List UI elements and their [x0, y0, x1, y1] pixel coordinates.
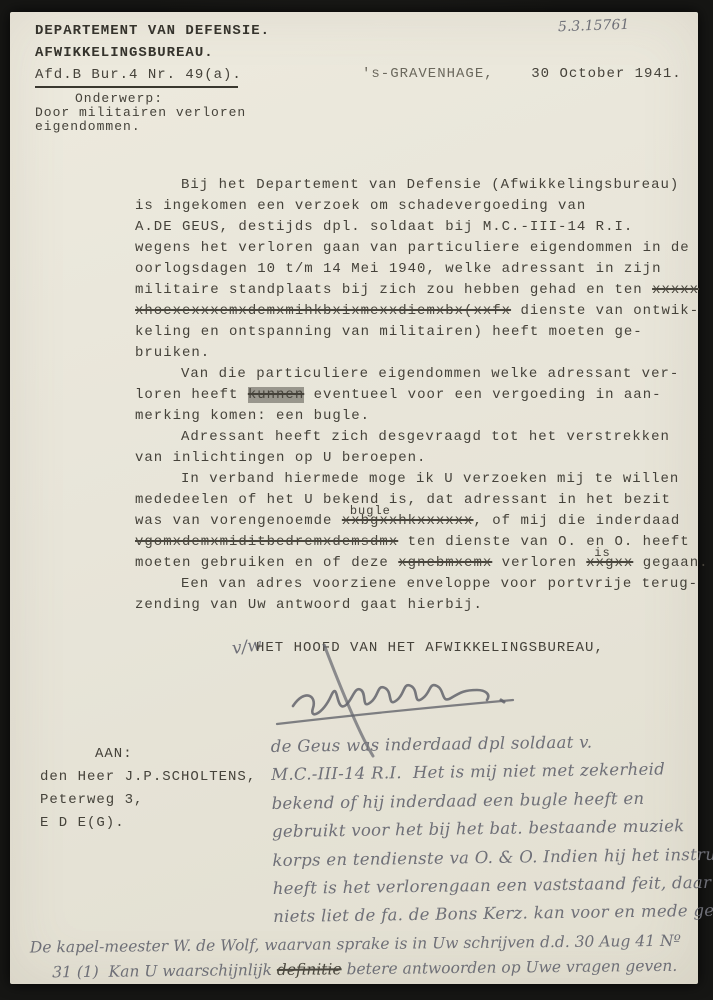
photo-background: 5.3.15761 DEPARTEMENT VAN DEFENSIE. AFWI…: [0, 0, 713, 1000]
dateline-date: 30 October 1941.: [531, 66, 681, 82]
pencil-reference-number: 5.3.15761: [558, 17, 630, 35]
bureau-name: AFWIKKELINGSBUREAU.: [35, 42, 270, 64]
handwritten-bottom-note: De kapel-meester W. de Wolf, waarvan spr…: [30, 928, 710, 985]
recipient-address: den Heer J.P.SCHOLTENS,Peterweg 3,E D E(…: [40, 766, 256, 835]
typed-line: moeten gebruiken en of deze xgnebmxemx v…: [135, 553, 700, 574]
typed-line: is ingekomen een verzoek om schadevergoe…: [135, 196, 700, 217]
typed-line: was van vorengenoemde xxbgxxhkxxxxxxbugl…: [135, 511, 700, 532]
typed-line: A.DE GEUS, destijds dpl. soldaat bij M.C…: [135, 217, 700, 238]
dateline-place: 's-GRAVENHAGE,: [362, 66, 494, 82]
document-page: 5.3.15761 DEPARTEMENT VAN DEFENSIE. AFWI…: [10, 12, 698, 984]
typed-line: oorlogsdagen 10 t/m 14 Mei 1940, welke a…: [135, 259, 700, 280]
recipient-line: Peterweg 3,: [40, 789, 256, 812]
struck-text: xxxxx: [652, 282, 699, 298]
typed-line: militaire standplaats bij zich zou hebbe…: [135, 280, 700, 301]
typed-line: merking komen: een bugle.: [135, 406, 700, 427]
typed-line: Van die particuliere eigendommen welke a…: [135, 364, 700, 385]
struck-text: definitie: [277, 960, 342, 979]
recipient-line: E D E(G).: [40, 812, 256, 835]
struck-text: xgnebmxemx: [398, 555, 492, 571]
handwritten-side-note: de Geus was inderdaad dpl soldaat v.M.C.…: [271, 727, 704, 932]
typed-line: wegens het verloren gaan van particulier…: [135, 238, 700, 259]
struck-text: xxgxxis: [586, 555, 633, 571]
struck-text: xxbgxxhkxxxxxxbugle: [342, 513, 474, 529]
typed-line: bruiken.: [135, 343, 700, 364]
subject-line-2: eigendommen.: [35, 120, 246, 134]
typed-line: vgomxdemxmiditbedremxdemsdmx ten dienste…: [135, 532, 700, 553]
typed-line: mededeelen of het U bekend is, dat adres…: [135, 490, 700, 511]
recipient-line: den Heer J.P.SCHOLTENS,: [40, 766, 256, 789]
struck-text: vgomxdemxmiditbedremxdemsdmx: [135, 534, 398, 550]
typed-line: Bij het Departement van Defensie (Afwikk…: [135, 175, 700, 196]
handwritten-line: niets liet de fa. de Bons Kerz. kan voor…: [273, 897, 703, 931]
typed-line: loren heeft kunnen eventueel voor een ve…: [135, 385, 700, 406]
typed-line: keling en ontspanning van militairen) he…: [135, 322, 700, 343]
struck-text: kunnen: [248, 387, 304, 403]
letter-body: Bij het Departement van Defensie (Afwikk…: [135, 175, 700, 616]
subject-line-1: Door militairen verloren: [35, 106, 246, 120]
typed-line: zending van Uw antwoord gaat hierbij.: [135, 595, 700, 616]
recipient-block: AAN: den Heer J.P.SCHOLTENS,Peterweg 3,E…: [40, 743, 256, 835]
dateline: 's-GRAVENHAGE, 30 October 1941.: [362, 64, 682, 85]
dateline-spacer: [494, 66, 532, 82]
file-number: Afd.B Bur.4 Nr. 49(a).: [35, 64, 270, 86]
department-name: DEPARTEMENT VAN DEFENSIE.: [35, 20, 270, 42]
subject-label: Onderwerp:: [35, 92, 246, 106]
header-rule: [35, 86, 238, 88]
typed-line: In verband hiermede moge ik U verzoeken …: [135, 469, 700, 490]
typed-insertion-above: is: [594, 543, 610, 564]
typed-line: Adressant heeft zich desgevraagd tot het…: [135, 427, 700, 448]
typed-line: van inlichtingen op U beroepen.: [135, 448, 700, 469]
subject-block: Onderwerp: Door militairen verloren eige…: [35, 92, 246, 134]
typed-insertion-above: bugle: [350, 501, 391, 522]
letterhead: DEPARTEMENT VAN DEFENSIE. AFWIKKELINGSBU…: [35, 20, 270, 86]
struck-text: xhoexexxxemxdemxmihkbxixmexxdiemxbx(xxfx: [135, 303, 511, 319]
recipient-label: AAN:: [40, 743, 256, 766]
typed-line: Een van adres voorziene enveloppe voor p…: [135, 574, 700, 595]
typed-line: xhoexexxxemxdemxmihkbxixmexxdiemxbx(xxfx…: [135, 301, 700, 322]
